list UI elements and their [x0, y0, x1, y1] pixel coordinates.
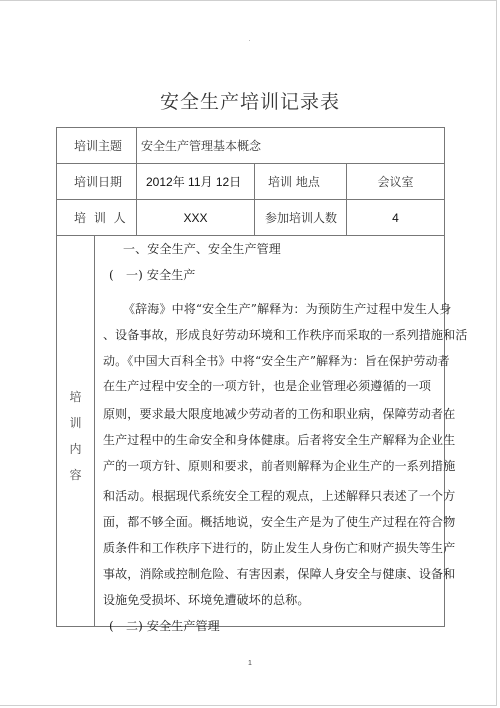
- subsection-heading: ( 二) 安全生产管理: [109, 617, 220, 634]
- attendee-count-value: 4: [347, 200, 444, 235]
- paragraph-line: 和活动。根据现代系统安全工程的观点，上述解释只表述了一个方: [103, 487, 455, 504]
- paragraph-line: 在生产过程中安全的一项方针，也是企业管理必须遵循的一项: [103, 377, 431, 394]
- table-row-date: 培训日期 2012年 11月 12日 培训 地点 会议室: [57, 164, 444, 200]
- content-label-char: 容: [69, 462, 81, 488]
- training-record-table: 培训主题 安全生产管理基本概念 培训日期 2012年 11月 12日 培训 地点…: [56, 127, 445, 627]
- trainer-value: XXX: [137, 200, 255, 235]
- content-label-char: 培: [69, 384, 81, 410]
- location-label: 培训 地点: [255, 164, 347, 199]
- paragraph-line: 、设备事故，形成良好劳动环境和工作秩序而采取的一系列措施和活: [103, 326, 468, 343]
- content-label-char: 训: [69, 410, 81, 436]
- location-value: 会议室: [347, 164, 444, 199]
- page-title: 安全生产培训记录表: [0, 87, 500, 114]
- training-content: 一、安全生产、安全生产管理 ( 一) 安全生产 《辞海》中将“安全生产”解释为：…: [95, 236, 444, 626]
- table-row-topic: 培训主题 安全生产管理基本概念: [57, 128, 444, 164]
- paragraph-line: 面，都不够全面。概括地说，安全生产是为了使生产过程在符合物: [103, 513, 455, 530]
- paragraph-line: 动。《中国大百科全书》中将“安全生产”解释为：旨在保护劳动者: [103, 352, 450, 369]
- paragraph-line: 设施免受损坏、环境免遭破坏的总称。: [103, 591, 310, 608]
- topic-label: 培训主题: [57, 128, 137, 163]
- content-label-char: 内: [69, 436, 81, 462]
- paragraph-line: 事故，消除或控制危险、有害因素，保障人身安全与健康、设备和: [103, 565, 455, 582]
- date-value: 2012年 11月 12日: [137, 164, 255, 199]
- trainer-label: 培 训 人: [57, 200, 137, 235]
- page-mark: [249, 40, 250, 41]
- paragraph-line: 原则，要求最大限度地减少劳动者的工伤和职业病，保障劳动者在: [103, 405, 455, 422]
- date-label: 培训日期: [57, 164, 137, 199]
- paragraph-line: 产的一项方针、原则和要求，前者则解释为企业生产的一系列措施: [103, 457, 455, 474]
- paragraph-line: 生产过程中的生命安全和身体健康。后者将安全生产解释为企业生: [103, 431, 455, 448]
- topic-value: 安全生产管理基本概念: [137, 128, 444, 163]
- content-label-cell: 培 训 内 容: [57, 236, 95, 626]
- paragraph-line: 《辞海》中将“安全生产”解释为：为预防生产过程中发生人身: [123, 300, 451, 317]
- section-heading: 一、安全生产、安全生产管理: [123, 240, 281, 257]
- paragraph-line: 质条件和工作秩序下进行的，防止发生人身伤亡和财产损失等生产: [103, 539, 455, 556]
- content-label: 培 训 内 容: [57, 384, 94, 488]
- table-row-trainer: 培 训 人 XXX 参加培训人数 4: [57, 200, 444, 236]
- attendee-count-label: 参加培训人数: [255, 200, 347, 235]
- subsection-heading: ( 一) 安全生产: [109, 266, 196, 283]
- page-number: 1: [0, 660, 500, 667]
